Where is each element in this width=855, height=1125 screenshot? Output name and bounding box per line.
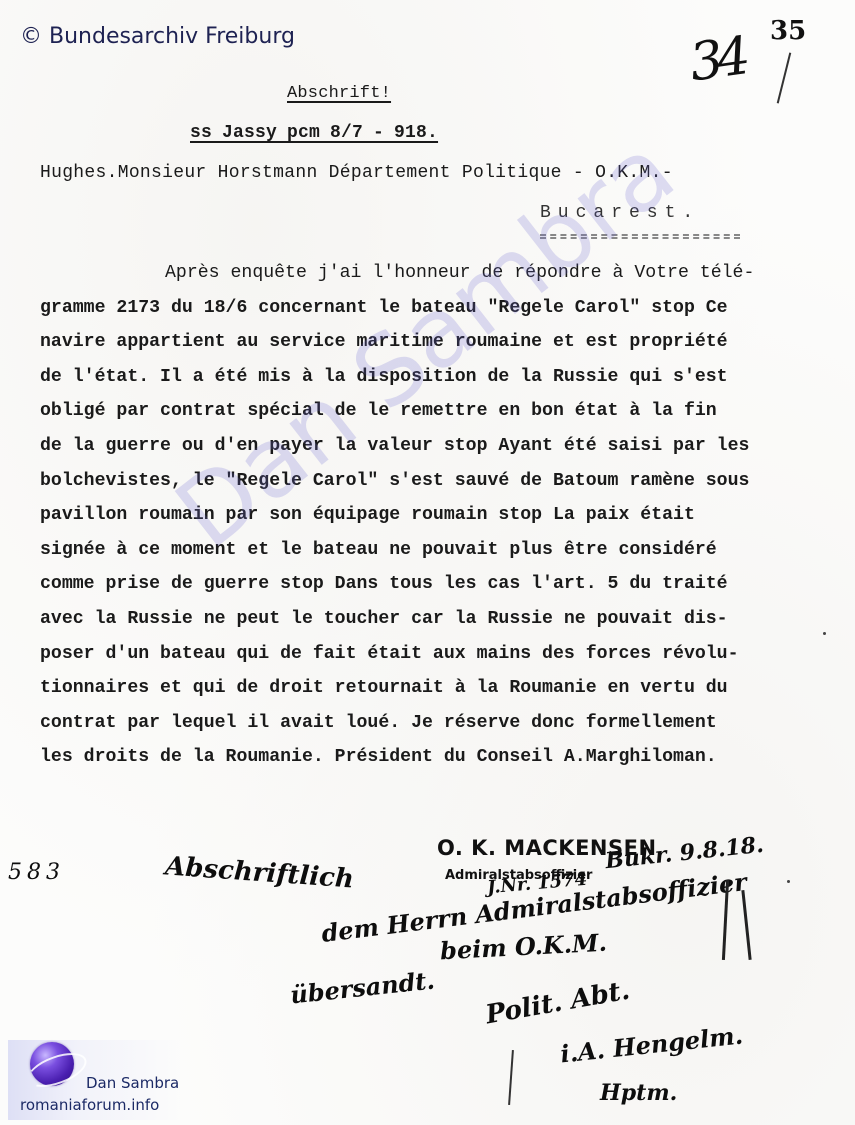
body-line: signée à ce moment et le bateau ne pouva… — [40, 533, 830, 568]
city-line: Bucarest. — [540, 203, 700, 223]
folio-slash-mark — [777, 53, 792, 104]
logo-site-url: romaniaforum.info — [20, 1096, 159, 1114]
body-line: Après enquête j'ai l'honneur de répondre… — [40, 256, 830, 291]
addressee-line: Hughes.Monsieur Horstmann Département Po… — [40, 163, 673, 183]
body-line: navire appartient au service maritime ro… — [40, 325, 830, 360]
body-line: de la guerre ou d'en payer la valeur sto… — [40, 429, 830, 464]
body-line: les droits de la Roumanie. Président du … — [40, 740, 830, 775]
handwritten-signature: i.A. Hengelm. — [559, 1021, 744, 1069]
site-logo: Dan Sambra romaniaforum.info — [8, 1040, 183, 1120]
handwritten-rank: Hptm. — [600, 1080, 677, 1106]
ink-speck — [787, 880, 790, 883]
origin-line: ss Jassy pcm 8/7 - 918. — [190, 123, 438, 143]
handwritten-department: Polit. Abt. — [484, 976, 632, 1031]
stamped-folio-number: 35 — [770, 16, 806, 46]
body-line: poser d'un bateau qui de fait était aux … — [40, 637, 830, 672]
margin-mark — [741, 890, 751, 960]
telegram-body: Après enquête j'ai l'honneur de répondre… — [40, 256, 830, 775]
body-line: avec la Russie ne peut le toucher car la… — [40, 602, 830, 637]
handwritten-abschriftlich: Abschriftlich — [164, 851, 355, 894]
body-line: contrat par lequel il avait loué. Je rés… — [40, 706, 830, 741]
copyright-notice: © Bundesarchiv Freiburg — [20, 24, 295, 49]
ink-speck — [823, 632, 826, 635]
document-page: © Bundesarchiv Freiburg 34 35 Abschrift!… — [0, 0, 855, 1125]
document-heading: Abschrift! — [287, 84, 391, 103]
body-line: tionnaires et qui de droit retournait à … — [40, 671, 830, 706]
body-line: obligé par contrat spécial de le remettr… — [40, 394, 830, 429]
handwritten-number: 583 — [8, 860, 65, 885]
logo-author-name: Dan Sambra — [86, 1074, 179, 1092]
handwritten-recipient-office: beim O.K.M. — [439, 928, 607, 966]
body-line: bolchevistes, le "Regele Carol" s'est sa… — [40, 464, 830, 499]
body-line: de l'état. Il a été mis à la disposition… — [40, 360, 830, 395]
city-underline-rule — [540, 234, 740, 239]
body-line: gramme 2173 du 18/6 concernant le bateau… — [40, 291, 830, 326]
margin-mark — [508, 1050, 514, 1105]
body-line: comme prise de guerre stop Dans tous les… — [40, 567, 830, 602]
handwritten-folio-number: 34 — [686, 27, 748, 94]
body-line: pavillon roumain par son équipage roumai… — [40, 498, 830, 533]
handwritten-uebersandt: übersandt. — [289, 966, 436, 1010]
